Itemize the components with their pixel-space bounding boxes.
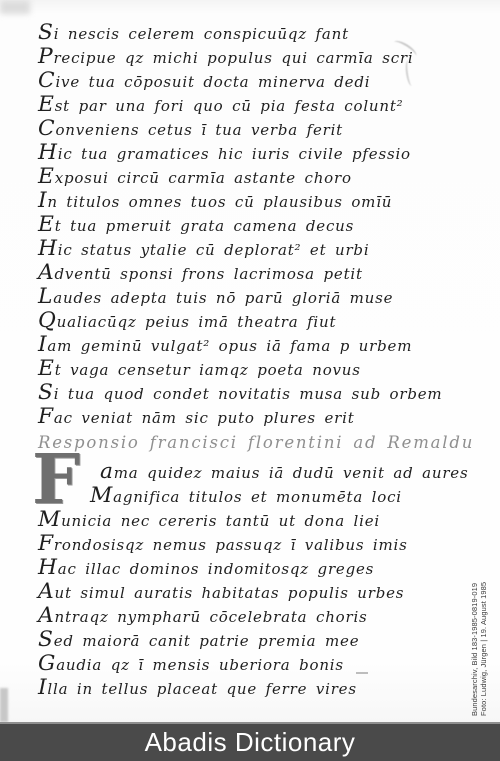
- manuscript-line: Hic status ytalie cū deplorat² et urbi: [38, 237, 482, 261]
- manuscript-line: Qualiacūqz peius imā theatra fiut: [38, 309, 482, 333]
- responsio-section-heading: Responsio francisci florentini ad Remald…: [38, 431, 482, 455]
- manuscript-line: Hac illac dominos indomitosqz greges: [38, 556, 482, 580]
- responsio-section-body: ama quidez maius iā dudū venit ad aures …: [38, 460, 482, 700]
- manuscript-line: Municia nec cereris tantū ut dona liei: [38, 508, 482, 532]
- footer-title: Abadis Dictionary: [145, 727, 356, 758]
- manuscript-line: Et vaga censetur iamqz poeta novus: [38, 357, 482, 381]
- manuscript-line: Magnifica titulos et monumēta loci: [38, 484, 482, 508]
- manuscript-line: Et tua pmeruit grata camena decus: [38, 213, 482, 237]
- manuscript-line: Fac veniat nām sic puto plures erit: [38, 405, 482, 429]
- manuscript-line: Exposui circū carmīa astante choro: [38, 165, 482, 189]
- manuscript-line: Adventū sponsi frons lacrimosa petit: [38, 261, 482, 285]
- archive-credit-caption: Bundesarchiv, Bild 183-1985-0819-019 Fot…: [470, 566, 488, 716]
- footer-title-bar: Abadis Dictionary: [0, 722, 500, 761]
- manuscript-line: In titulos omnes tuos cū plausibus omīū: [38, 189, 482, 213]
- manuscript-line: Gaudia qz ī mensis uberiora bonis: [38, 652, 482, 676]
- archive-credit-line1: Bundesarchiv, Bild 183-1985-0819-019: [470, 566, 479, 716]
- manuscript-line: Conveniens cetus ī tua verba ferit: [38, 117, 482, 141]
- manuscript-line: Si tua quod condet novitatis musa sub or…: [38, 381, 482, 405]
- manuscript-line: Est par una fori quo cū pia festa colunt…: [38, 93, 482, 117]
- manuscript-line: Sed maiorā canit patrie premia mee: [38, 628, 482, 652]
- manuscript-text: Si nescis celerem conspicuūqz fant Preci…: [38, 21, 482, 700]
- scan-smudge-top-left: [0, 0, 30, 14]
- screenshot-root: F Si nescis celerem conspicuūqz fant Pre…: [0, 0, 500, 761]
- manuscript-line: Antraqz nympharū cōcelebrata choris: [38, 604, 482, 628]
- manuscript-line: ama quidez maius iā dudū venit ad aures: [38, 460, 482, 484]
- scan-smudge-bottom-left: [0, 688, 8, 722]
- manuscript-line: Laudes adepta tuis nō parū gloriā muse: [38, 285, 482, 309]
- archive-credit-line2: Foto: Ludwig, Jürgen | 19. August 1985: [479, 566, 488, 716]
- manuscript-line: Precipue qz michi populus qui carmīa scr…: [38, 45, 482, 69]
- manuscript-scan: F Si nescis celerem conspicuūqz fant Pre…: [0, 0, 500, 722]
- manuscript-line: Cive tua cōposuit docta minerva dedi: [38, 69, 482, 93]
- manuscript-line: Illa in tellus placeat que ferre vires: [38, 676, 482, 700]
- manuscript-line: Frondosisqz nemus passuqz ī valibus imis: [38, 532, 482, 556]
- manuscript-line: Iam geminū vulgat² opus iā fama p urbem: [38, 333, 482, 357]
- manuscript-line: Hic tua gramatices hic iuris civile pfes…: [38, 141, 482, 165]
- manuscript-line: Si nescis celerem conspicuūqz fant: [38, 21, 482, 45]
- manuscript-line: Aut simul auratis habitatas populis urbe…: [38, 580, 482, 604]
